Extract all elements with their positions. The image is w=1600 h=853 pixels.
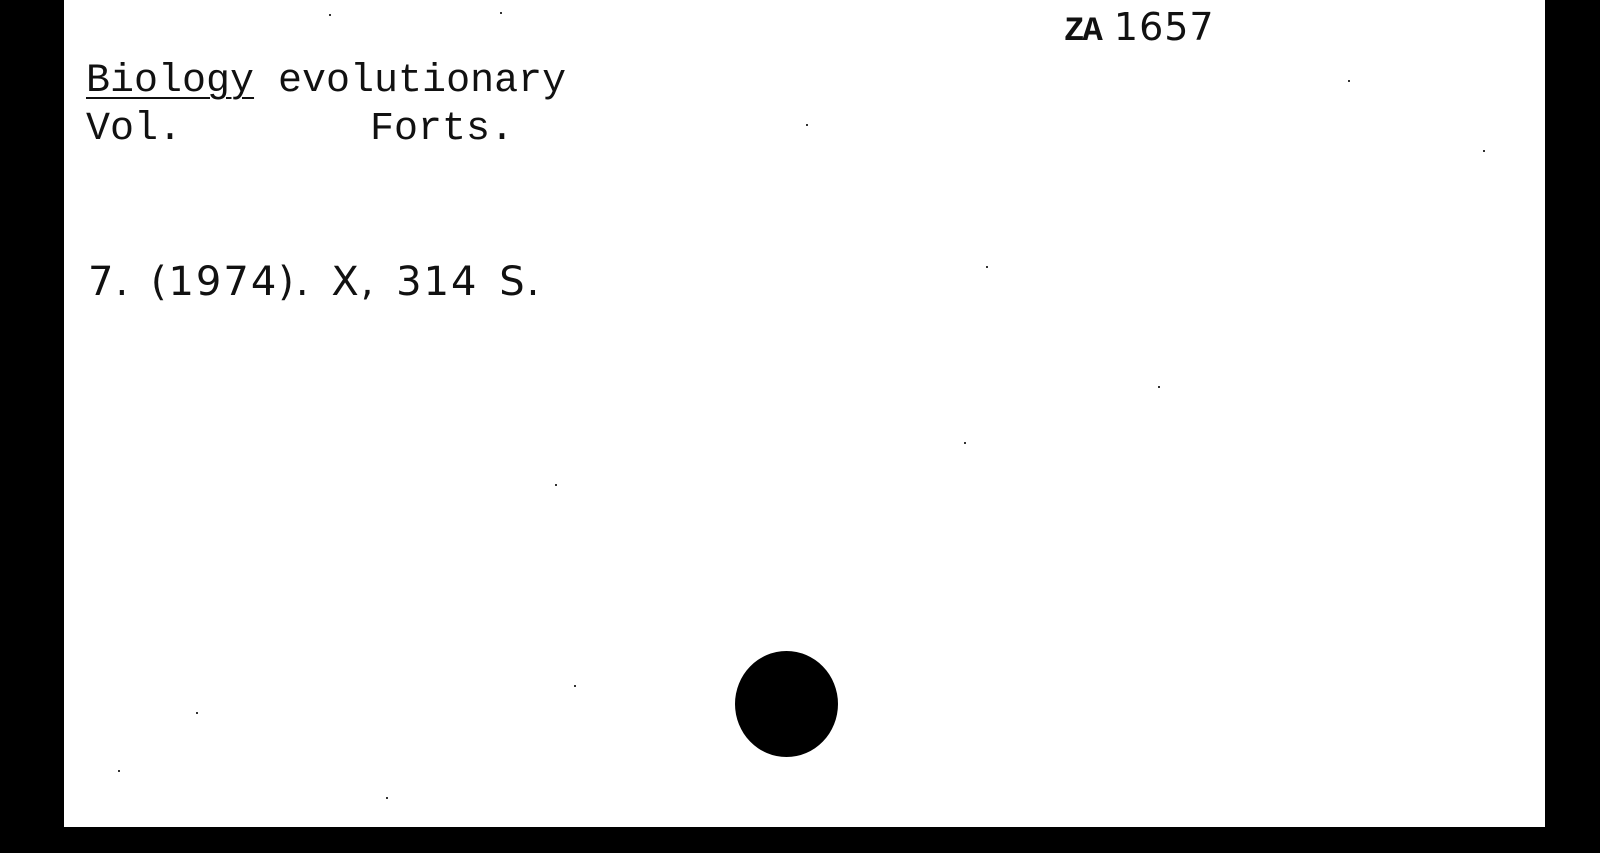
title-subject: Biology <box>86 59 254 104</box>
shelfmark-prefix: ZA <box>1064 13 1101 51</box>
scan-speck <box>574 685 576 687</box>
scan-speck <box>1158 386 1160 388</box>
holdings-entry: 7. (1974). X, 314 S. <box>88 262 541 302</box>
scan-speck <box>1483 150 1485 152</box>
shelfmark: ZA 1657 <box>1064 8 1215 49</box>
title-rest: evolutionary <box>254 59 566 104</box>
scan-speck <box>500 12 502 14</box>
shelfmark-number: 1657 <box>1114 5 1215 49</box>
scan-speck <box>1348 80 1350 82</box>
volume-label: Vol. <box>86 110 370 150</box>
catalog-card: ZA 1657 Biology evolutionary Vol.Forts. … <box>64 0 1545 827</box>
continuation-note: Forts. <box>370 107 514 152</box>
scan-speck <box>386 797 388 799</box>
scanned-card-image: ZA 1657 Biology evolutionary Vol.Forts. … <box>0 0 1600 853</box>
scan-speck <box>964 442 966 444</box>
scan-speck <box>986 266 988 268</box>
volume-line: Vol.Forts. <box>86 110 514 150</box>
scan-speck <box>555 484 557 486</box>
scan-speck <box>196 712 198 714</box>
scan-speck <box>118 770 120 772</box>
title-line: Biology evolutionary <box>86 62 566 102</box>
punch-hole <box>735 651 838 757</box>
scan-speck <box>806 124 808 126</box>
scan-speck <box>329 14 331 16</box>
